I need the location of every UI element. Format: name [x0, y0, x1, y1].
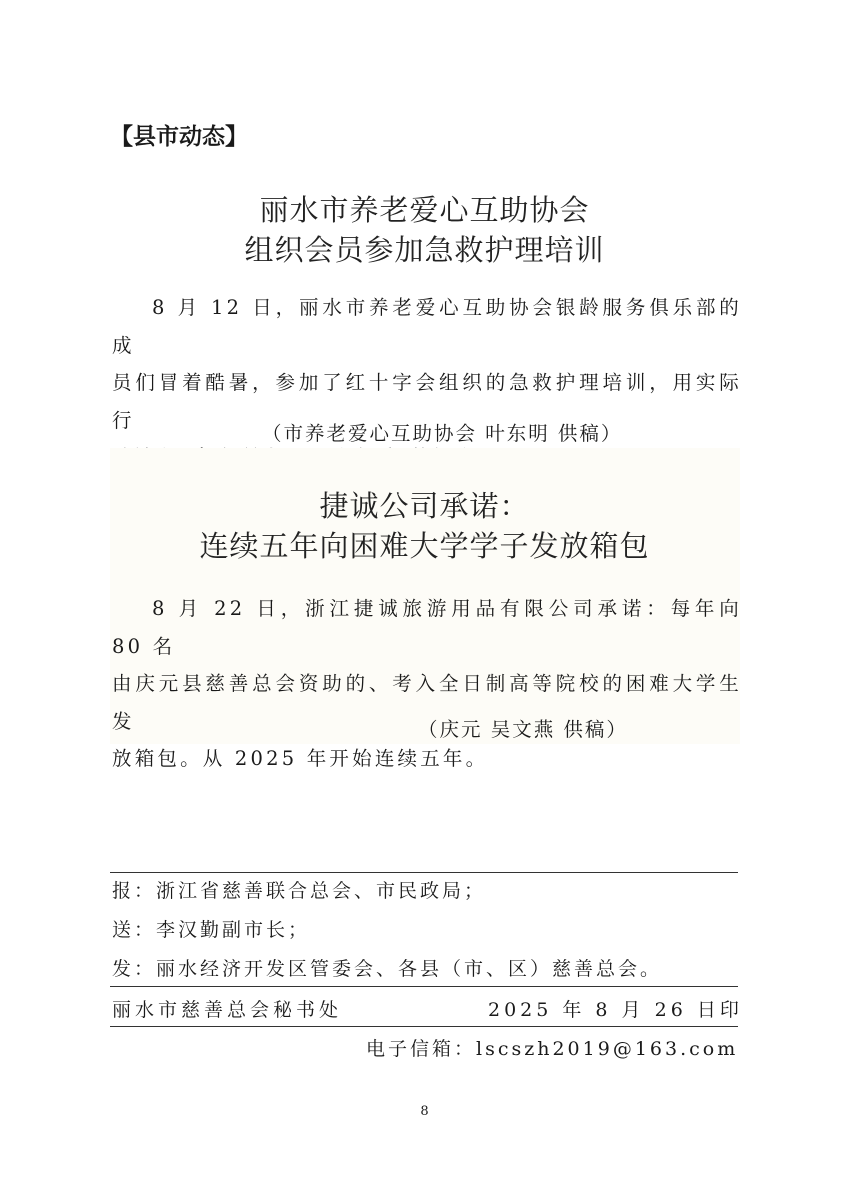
divider-bottom — [110, 1026, 738, 1027]
page-number: 8 — [0, 1104, 849, 1119]
article2-title-line2: 连续五年向困难大学学子发放箱包 — [0, 524, 849, 565]
article2-line: 8 月 22 日，浙江捷诚旅游用品有限公司承诺：每年向 80 名 — [112, 590, 742, 665]
footer-issuer: 丽水市慈善总会秘书处 — [112, 995, 342, 1022]
distribution-send: 送：李汉勤副市长； — [112, 915, 310, 942]
footer-email[interactable]: 电子信箱：lscszh2019@163.com — [366, 1034, 738, 1061]
footer-date: 2025 年 8 月 26 日印 — [488, 995, 743, 1022]
article1-line: 8 月 12 日，丽水市养老爱心互助协会银龄服务俱乐部的成 — [112, 289, 742, 364]
article1-title-line1: 丽水市养老爱心互助协会 — [0, 188, 849, 229]
article2-body: 8 月 22 日，浙江捷诚旅游用品有限公司承诺：每年向 80 名 由庆元县慈善总… — [112, 590, 742, 778]
distribution-report: 报：浙江省慈善联合总会、市民政局； — [112, 876, 486, 903]
article2-credit: （庆元 吴文燕 供稿） — [418, 714, 628, 742]
divider-middle — [110, 986, 738, 987]
article2-title-line1: 捷诚公司承诺： — [0, 484, 849, 525]
article2-line: 放箱包。从 2025 年开始连续五年。 — [112, 740, 742, 778]
article1-title-line2: 组织会员参加急救护理培训 — [0, 228, 849, 269]
section-tag: 【县市动态】 — [110, 118, 248, 151]
distribution-issue: 发：丽水经济开发区管委会、各县（市、区）慈善总会。 — [112, 954, 662, 981]
article1-credit: （市养老爱心互助协会 叶东明 供稿） — [262, 418, 622, 446]
divider-top — [110, 872, 738, 873]
